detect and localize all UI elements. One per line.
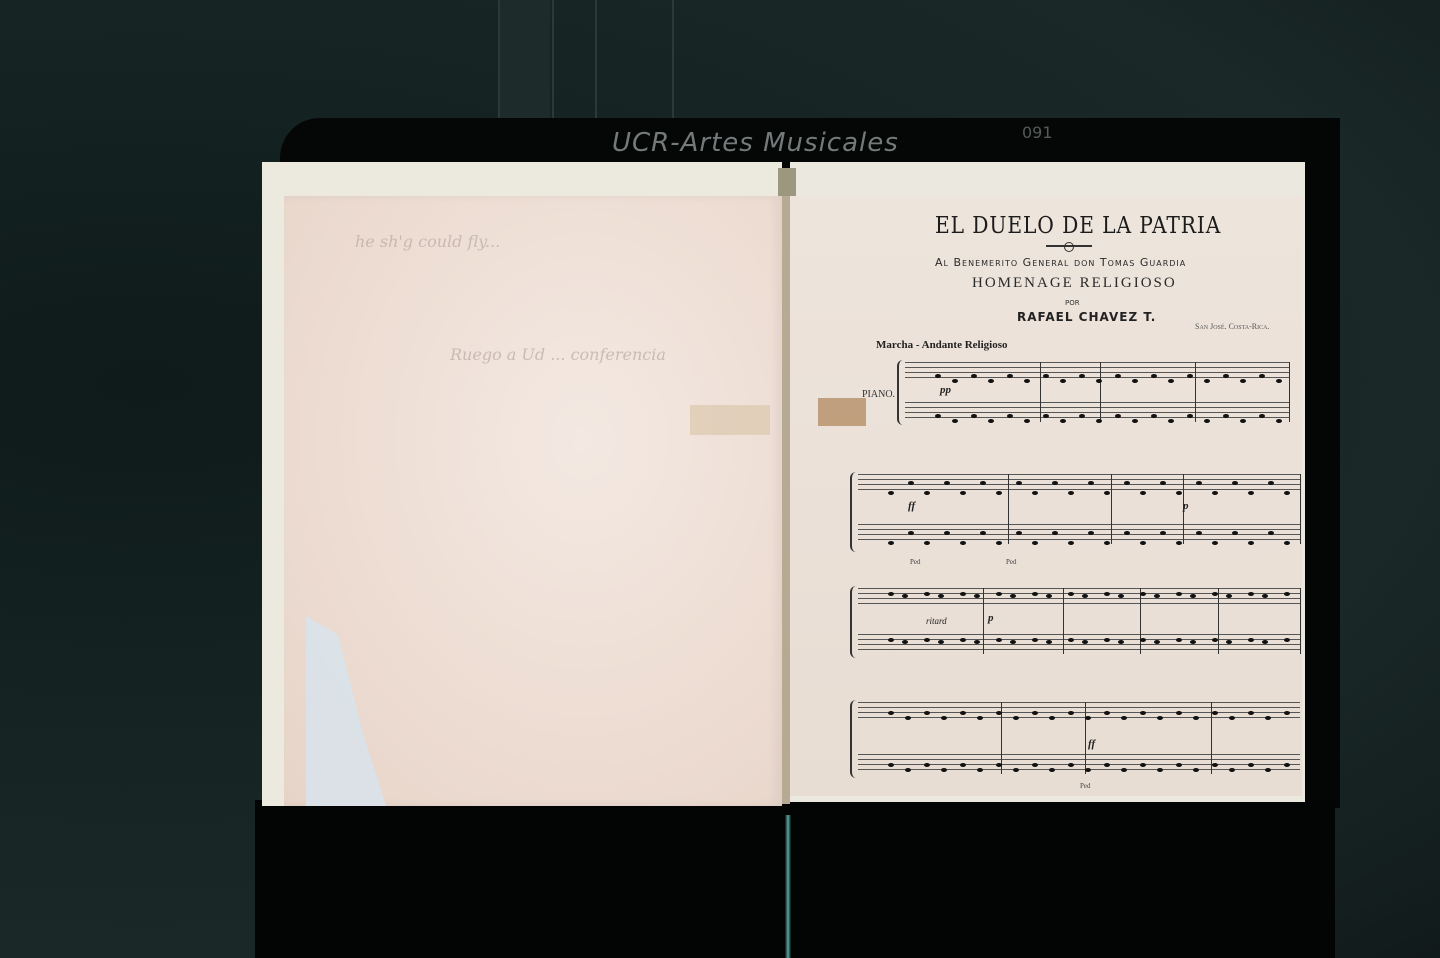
music-stand-edge	[1300, 118, 1340, 808]
note-head	[1265, 716, 1271, 720]
note-head	[960, 763, 966, 767]
note-head	[1223, 414, 1229, 418]
staff-brace	[897, 360, 905, 425]
note-head	[1140, 711, 1146, 715]
note-head	[1190, 594, 1196, 598]
barline	[1063, 588, 1064, 654]
note-head	[971, 374, 977, 378]
note-head	[888, 491, 894, 495]
note-head	[952, 419, 958, 423]
note-head	[1212, 541, 1218, 545]
note-head	[888, 592, 894, 596]
wall-panel	[500, 0, 550, 125]
note-head	[1118, 640, 1124, 644]
stand-label: UCR-Artes Musicales	[612, 128, 899, 158]
note-head	[1284, 491, 1290, 495]
note-head	[1160, 481, 1166, 485]
note-head	[1016, 531, 1022, 535]
note-head	[996, 711, 1002, 715]
note-head	[1060, 419, 1066, 423]
staff-brace	[850, 700, 858, 778]
note-head	[1160, 531, 1166, 535]
tempo-marking: Marcha - Andante Religioso	[876, 339, 1008, 351]
note-head	[1032, 491, 1038, 495]
note-head	[1046, 640, 1052, 644]
note-head	[1284, 592, 1290, 596]
note-head	[935, 414, 941, 418]
barline	[1289, 362, 1290, 422]
note-head	[1046, 594, 1052, 598]
note-head	[1151, 374, 1157, 378]
note-head	[1284, 763, 1290, 767]
note-head	[1240, 379, 1246, 383]
music-system-1: pp	[905, 360, 1290, 430]
note-head	[1068, 541, 1074, 545]
note-head	[944, 481, 950, 485]
note-head	[1024, 379, 1030, 383]
note-head	[938, 594, 944, 598]
note-head	[1157, 768, 1163, 772]
note-head	[1193, 768, 1199, 772]
note-head	[1124, 481, 1130, 485]
note-head	[952, 379, 958, 383]
note-head	[1049, 716, 1055, 720]
note-head	[1104, 541, 1110, 545]
note-head	[996, 541, 1002, 545]
note-head	[1157, 716, 1163, 720]
note-head	[1032, 592, 1038, 596]
note-head	[1284, 638, 1290, 642]
note-head	[902, 640, 908, 644]
barline	[1300, 474, 1301, 544]
wall-seam	[595, 0, 597, 125]
barline	[1140, 588, 1141, 654]
note-head	[1248, 711, 1254, 715]
paper-tear	[306, 616, 386, 806]
note-head	[888, 711, 894, 715]
dynamic-marking: ff	[1088, 738, 1095, 750]
barline	[1085, 702, 1086, 774]
note-head	[938, 640, 944, 644]
note-head	[924, 541, 930, 545]
music-stand-pole	[785, 815, 791, 958]
wall-seam	[672, 0, 674, 125]
note-head	[1248, 592, 1254, 596]
note-head	[1196, 481, 1202, 485]
note-head	[1052, 481, 1058, 485]
note-head	[1176, 763, 1182, 767]
note-head	[1168, 419, 1174, 423]
note-head	[1068, 592, 1074, 596]
publication-place: San José. Costa-Rica.	[1195, 322, 1269, 331]
pedal-marking: Ped	[910, 558, 921, 566]
note-head	[1259, 414, 1265, 418]
note-head	[924, 491, 930, 495]
note-head	[1088, 481, 1094, 485]
note-head	[1187, 414, 1193, 418]
note-head	[1229, 716, 1235, 720]
note-head	[1068, 711, 1074, 715]
note-head	[1140, 638, 1146, 642]
title-ornament	[1046, 245, 1092, 247]
note-head	[1204, 379, 1210, 383]
note-head	[1154, 640, 1160, 644]
by-label: POR	[1065, 299, 1080, 307]
note-head	[974, 640, 980, 644]
note-head	[908, 531, 914, 535]
note-head	[941, 768, 947, 772]
note-head	[1268, 481, 1274, 485]
note-head	[980, 481, 986, 485]
note-head	[996, 592, 1002, 596]
note-head	[980, 531, 986, 535]
note-head	[1068, 638, 1074, 642]
note-head	[1121, 716, 1127, 720]
note-head	[908, 481, 914, 485]
barline	[1111, 474, 1112, 544]
note-head	[1068, 763, 1074, 767]
dynamic-marking: ff	[908, 500, 915, 512]
note-head	[1013, 716, 1019, 720]
note-head	[977, 768, 983, 772]
treble-staff	[858, 588, 1300, 608]
note-head	[941, 716, 947, 720]
note-head	[1079, 414, 1085, 418]
spine-tab	[778, 168, 796, 196]
note-head	[1079, 374, 1085, 378]
note-head	[924, 711, 930, 715]
stand-number: 091	[1022, 123, 1053, 142]
left-page	[284, 196, 782, 806]
note-head	[1104, 711, 1110, 715]
note-head	[988, 379, 994, 383]
note-head	[960, 541, 966, 545]
note-head	[1176, 638, 1182, 642]
note-head	[1010, 640, 1016, 644]
note-head	[1176, 592, 1182, 596]
note-head	[1032, 638, 1038, 642]
note-head	[1043, 414, 1049, 418]
staff-brace	[850, 472, 858, 552]
note-head	[1248, 763, 1254, 767]
note-head	[1276, 419, 1282, 423]
note-head	[1212, 491, 1218, 495]
note-head	[1007, 414, 1013, 418]
note-head	[1016, 481, 1022, 485]
note-head	[971, 414, 977, 418]
note-head	[905, 716, 911, 720]
note-head	[1262, 640, 1268, 644]
note-head	[1248, 541, 1254, 545]
bass-staff	[858, 634, 1300, 654]
note-head	[1060, 379, 1066, 383]
note-head	[1124, 531, 1130, 535]
note-head	[1052, 531, 1058, 535]
note-head	[1088, 531, 1094, 535]
note-head	[1104, 638, 1110, 642]
note-head	[996, 638, 1002, 642]
note-head	[1232, 481, 1238, 485]
note-head	[1151, 414, 1157, 418]
note-head	[1068, 491, 1074, 495]
dynamic-marking: p	[1183, 500, 1189, 512]
wall-seam	[498, 0, 500, 125]
note-head	[902, 594, 908, 598]
note-head	[1024, 419, 1030, 423]
note-head	[1085, 768, 1091, 772]
tempo-annotation: ritard	[926, 616, 947, 626]
barline	[1300, 588, 1301, 654]
note-head	[1212, 638, 1218, 642]
music-system-3: p ritard	[858, 586, 1300, 666]
composer-name: RAFAEL CHAVEZ T.	[1017, 310, 1156, 324]
note-head	[935, 374, 941, 378]
barline	[1218, 588, 1219, 654]
note-head	[1176, 491, 1182, 495]
note-head	[1168, 379, 1174, 383]
barline	[1100, 362, 1101, 422]
note-head	[1082, 594, 1088, 598]
note-head	[1032, 541, 1038, 545]
note-head	[1082, 640, 1088, 644]
note-head	[1140, 491, 1146, 495]
book-spine	[782, 168, 790, 804]
note-head	[1032, 763, 1038, 767]
note-head	[1226, 640, 1232, 644]
staff-brace	[850, 586, 858, 658]
note-head	[960, 638, 966, 642]
note-head	[1115, 374, 1121, 378]
note-head	[1240, 419, 1246, 423]
music-system-2: ff p Ped Ped	[858, 472, 1300, 562]
note-head	[1248, 491, 1254, 495]
note-head	[1007, 374, 1013, 378]
note-head	[1132, 379, 1138, 383]
note-head	[1104, 592, 1110, 596]
note-head	[1196, 531, 1202, 535]
note-head	[960, 711, 966, 715]
music-stand-body	[255, 800, 1335, 958]
note-head	[1032, 711, 1038, 715]
note-head	[888, 541, 894, 545]
note-head	[1204, 419, 1210, 423]
note-head	[1232, 531, 1238, 535]
note-head	[1104, 763, 1110, 767]
barline	[983, 588, 984, 654]
note-head	[1043, 374, 1049, 378]
note-head	[1223, 374, 1229, 378]
barline	[1040, 362, 1041, 422]
barline	[1008, 474, 1009, 544]
score-title: EL DUELO DE LA PATRIA	[935, 213, 1221, 239]
subtitle: HOMENAGE RELIGIOSO	[972, 275, 1177, 292]
note-head	[888, 763, 894, 767]
note-head	[888, 638, 894, 642]
barline	[1195, 362, 1196, 422]
note-head	[1190, 640, 1196, 644]
note-head	[1140, 592, 1146, 596]
note-head	[1104, 491, 1110, 495]
dynamic-marking: pp	[940, 384, 951, 396]
note-head	[1262, 594, 1268, 598]
music-system-4: ff Ped	[858, 700, 1300, 790]
note-head	[1229, 768, 1235, 772]
note-head	[1176, 711, 1182, 715]
dedication: Al Benemerito General don Tomas Guardia	[935, 256, 1186, 269]
note-head	[1248, 638, 1254, 642]
instrument-label: PIANO.	[862, 389, 895, 400]
note-head	[1276, 379, 1282, 383]
note-head	[960, 491, 966, 495]
note-head	[1154, 594, 1160, 598]
note-head	[1140, 541, 1146, 545]
note-head	[1140, 763, 1146, 767]
note-head	[1132, 419, 1138, 423]
note-head	[960, 592, 966, 596]
pencil-note-1: he sh'g could fly...	[355, 232, 500, 251]
note-head	[1085, 716, 1091, 720]
note-head	[944, 531, 950, 535]
note-head	[1187, 374, 1193, 378]
wall-seam	[552, 0, 554, 125]
note-head	[974, 594, 980, 598]
note-head	[1176, 541, 1182, 545]
pedal-marking: Ped	[1006, 558, 1017, 566]
note-head	[1096, 379, 1102, 383]
note-head	[1121, 768, 1127, 772]
note-head	[1212, 763, 1218, 767]
tape-residue	[818, 398, 866, 426]
note-head	[996, 491, 1002, 495]
pencil-note-2: Ruego a Ud ... conferencia	[450, 345, 666, 364]
note-head	[905, 768, 911, 772]
note-head	[1010, 594, 1016, 598]
note-head	[924, 638, 930, 642]
note-head	[924, 763, 930, 767]
dynamic-marking: p	[988, 612, 994, 624]
note-head	[1193, 716, 1199, 720]
note-head	[1226, 594, 1232, 598]
note-head	[1049, 768, 1055, 772]
note-head	[1259, 374, 1265, 378]
note-head	[1115, 414, 1121, 418]
note-head	[1212, 711, 1218, 715]
note-head	[1284, 541, 1290, 545]
note-head	[1284, 711, 1290, 715]
note-head	[1212, 592, 1218, 596]
note-head	[1013, 768, 1019, 772]
note-head	[924, 592, 930, 596]
note-head	[1118, 594, 1124, 598]
tape-residue	[690, 405, 770, 435]
note-head	[1268, 531, 1274, 535]
note-head	[988, 419, 994, 423]
note-head	[996, 763, 1002, 767]
pedal-marking: Ped	[1080, 782, 1091, 790]
note-head	[1096, 419, 1102, 423]
note-head	[977, 716, 983, 720]
note-head	[1265, 768, 1271, 772]
